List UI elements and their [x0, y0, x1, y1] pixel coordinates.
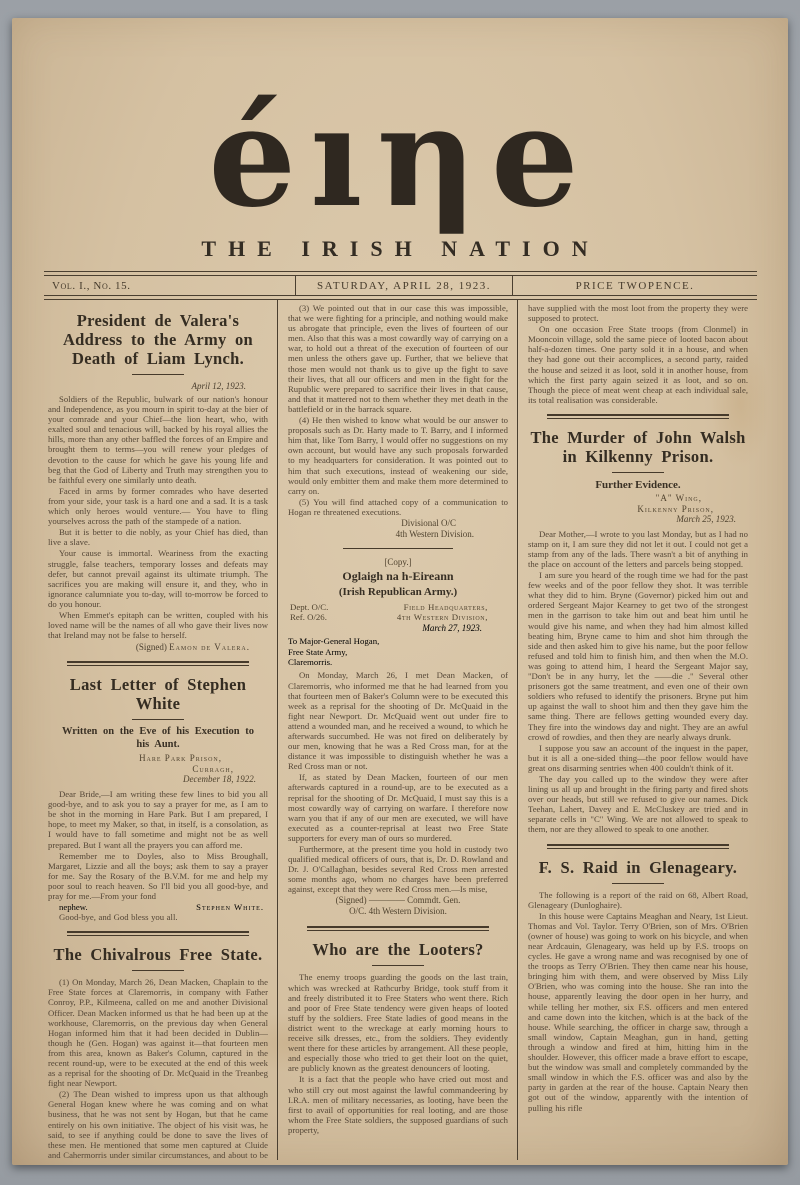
address-line: Kilkenny Prison,	[528, 504, 748, 515]
paragraph: Faced in arms by former comrades who hav…	[48, 486, 268, 526]
section-divider	[67, 931, 249, 936]
paragraph: On Monday, March 26, I met Dean Macken, …	[288, 670, 508, 771]
paragraph: If, as stated by Dean Macken, fourteen o…	[288, 772, 508, 843]
paragraph: (5) You will find attached copy of a com…	[288, 497, 508, 517]
paragraph: Remember me to Doyles, also to Miss Brou…	[48, 851, 268, 901]
headline-fs-raid-glenageary: F. S. Raid in Glenageary.	[528, 858, 748, 877]
ref-label: Ref. O/26.	[288, 612, 327, 622]
section-divider	[67, 661, 249, 666]
paragraph: (4) He then wished to know what would be…	[288, 415, 508, 496]
headline-rule	[132, 374, 184, 375]
signature-line: (Signed) ———— Commdt. Gen.	[288, 895, 508, 906]
paragraph: Good-bye, and God bless you all.	[48, 912, 268, 922]
letter-recipient: To Major-General Hogan, Free State Army,…	[288, 636, 508, 667]
paragraph: In this house were Captains Meaghan and …	[528, 911, 748, 1113]
address-date: March 25, 1923.	[528, 514, 748, 525]
signature-devalera: (Signed) Eamon de Valera.	[48, 642, 268, 652]
recipient-line: Claremorris.	[288, 657, 508, 667]
paragraph: The enemy troops guarding the goods on t…	[288, 972, 508, 1073]
section-divider	[547, 414, 729, 419]
issue-date: SATURDAY, APRIL 28, 1923.	[295, 276, 513, 295]
newspaper-page: éıηe THE IRISH NATION Vol. I., No. 15. S…	[12, 18, 788, 1165]
subheadline: Written on the Eve of his Execution to h…	[54, 726, 262, 751]
masthead-subtitle: THE IRISH NATION	[44, 236, 757, 262]
signature-line: 4th Western Division.	[288, 529, 508, 540]
paragraph: When Emmet's epitaph can be written, cou…	[48, 610, 268, 640]
section-rule	[343, 548, 453, 549]
paragraph: But it is better to die nobly, as your C…	[48, 527, 268, 547]
hq-line: 4th Western Division,	[397, 612, 508, 622]
headline-who-are-the-looters: Who are the Looters?	[288, 940, 508, 959]
letter-date: March 27, 1923.	[288, 623, 508, 633]
price: PRICE TWOPENCE.	[513, 276, 757, 295]
paragraph: (1) On Monday, March 26, Dean Macken, Ch…	[48, 977, 268, 1088]
section-divider	[547, 844, 729, 849]
subheadline: Further Evidence.	[528, 479, 748, 491]
paragraph: I am sure you heard of the rough time we…	[528, 570, 748, 742]
paragraph: On one occasion Free State troops (from …	[528, 324, 748, 405]
address-line: "A" Wing,	[528, 493, 748, 504]
article-columns: President de Valera's Address to the Arm…	[44, 300, 757, 1160]
letter-address: Hare Park Prison, Curragh, December 18, …	[48, 753, 268, 785]
date-band: Vol. I., No. 15. SATURDAY, APRIL 28, 192…	[44, 271, 757, 300]
signature-line: O/C. 4th Western Division.	[288, 906, 508, 917]
dept-label: Dept. O/C.	[288, 602, 328, 612]
headline-murder-john-walsh: The Murder of John Walsh in Kilkenny Pri…	[528, 428, 748, 466]
recipient-line: To Major-General Hogan,	[288, 636, 508, 646]
organisation-subtitle: (Irish Republican Army.)	[288, 586, 508, 598]
address-line: Curragh,	[48, 764, 268, 775]
paragraph: Dear Mother,—I wrote to you last Monday,…	[528, 529, 748, 569]
letter-close: nephew.	[59, 902, 88, 912]
article-dateline: April 12, 1923.	[48, 381, 268, 391]
signature-line: Divisional O/C	[288, 518, 508, 529]
letter-address: "A" Wing, Kilkenny Prison, March 25, 192…	[528, 493, 748, 525]
column-2: (3) We pointed out that in our case this…	[277, 300, 517, 1160]
signature-name: Eamon de Valera.	[169, 642, 250, 652]
headline-chivalrous-free-state: The Chivalrous Free State.	[48, 945, 268, 964]
letterhead-row: Ref. O/26. 4th Western Division,	[288, 612, 508, 622]
copy-label: [Copy.]	[288, 557, 508, 567]
headline-rule	[612, 472, 664, 473]
volume-number: Vol. I., No. 15.	[44, 276, 295, 295]
headline-devalera-address: President de Valera's Address to the Arm…	[48, 311, 268, 368]
hq-line: Field Headquarters,	[404, 602, 508, 612]
section-divider	[307, 926, 489, 931]
paragraph: (3) We pointed out that in our case this…	[288, 303, 508, 414]
recipient-line: Free State Army,	[288, 647, 508, 657]
headline-rule	[372, 965, 424, 966]
paragraph: The day you called up to the window they…	[528, 774, 748, 835]
paragraph: Your cause is immortal. Weariness from t…	[48, 548, 268, 609]
signature-row: nephew. Stephen White.	[48, 902, 268, 912]
paragraph: I suppose you saw an account of the inqu…	[528, 743, 748, 773]
paragraph: Furthermore, at the present time you hol…	[288, 844, 508, 894]
column-3: have supplied with the most loot from th…	[517, 300, 757, 1160]
headline-stephen-white: Last Letter of Stephen White	[48, 675, 268, 713]
signature-name: Stephen White.	[196, 902, 264, 912]
organisation-name: Oglaigh na h-Eireann	[288, 569, 508, 584]
paragraph: (2) The Dean wished to impress upon us t…	[48, 1089, 268, 1160]
letterhead-row: Dept. O/C. Field Headquarters,	[288, 602, 508, 612]
paragraph: Dear Bride,—I am writing these few lines…	[48, 789, 268, 850]
headline-rule	[132, 970, 184, 971]
paragraph: It is a fact that the people who have cr…	[288, 1074, 508, 1135]
signed-label: (Signed)	[136, 642, 169, 652]
address-date: December 18, 1922.	[48, 774, 268, 785]
address-line: Hare Park Prison,	[48, 753, 268, 764]
headline-rule	[132, 719, 184, 720]
column-1: President de Valera's Address to the Arm…	[44, 300, 277, 1160]
paragraph: have supplied with the most loot from th…	[528, 303, 748, 323]
paragraph: Soldiers of the Republic, bulwark of our…	[48, 394, 268, 485]
paragraph: The following is a report of the raid on…	[528, 890, 748, 910]
masthead-eire-logotype: éıηe	[44, 82, 757, 232]
headline-rule	[612, 883, 664, 884]
